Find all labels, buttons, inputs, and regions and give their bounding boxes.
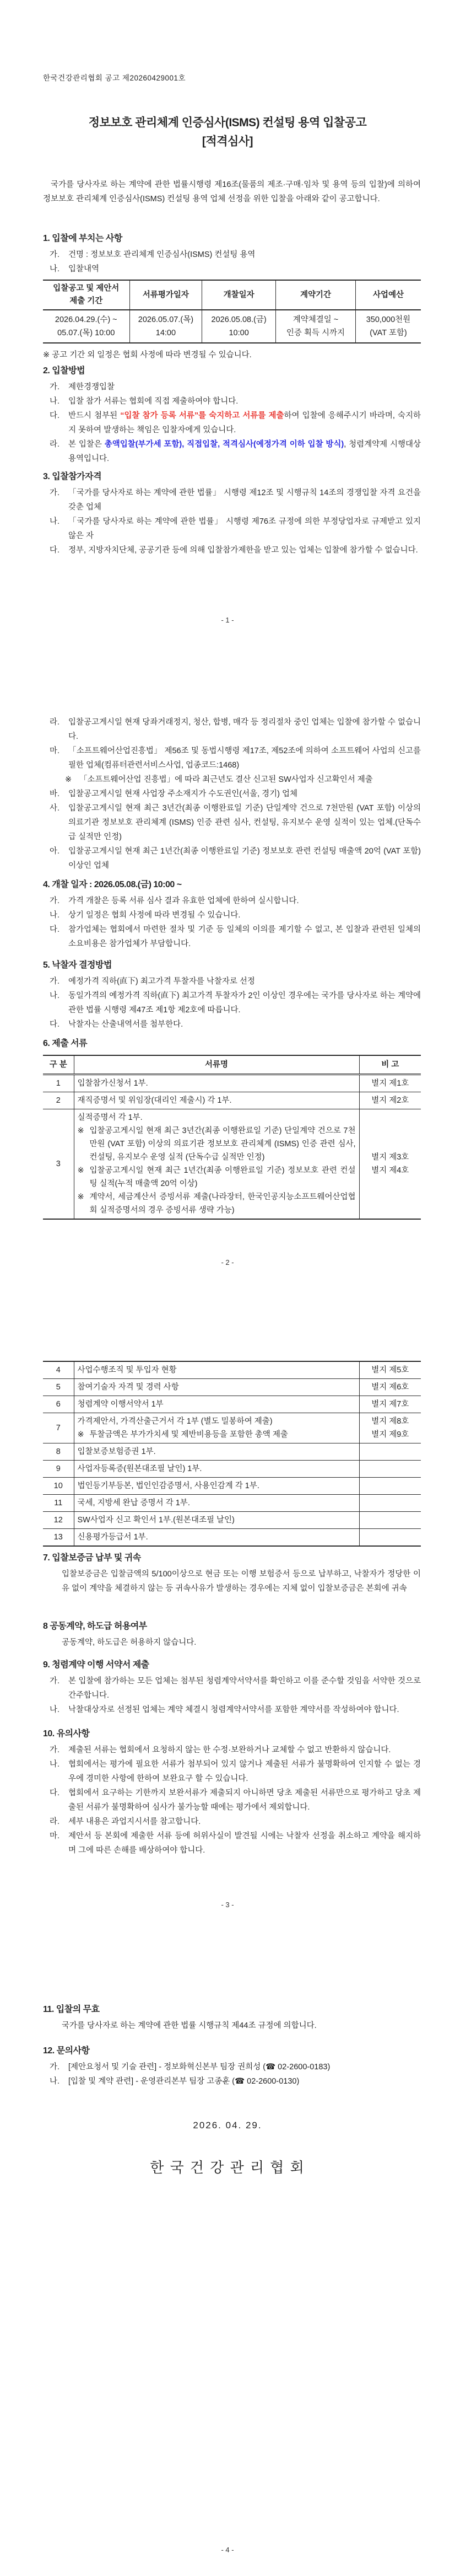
document-note-cell: 별지 제3호 별지 제4호 [359,1109,421,1220]
bid-schedule-data-row: 2026.04.29.(수) ~ 05.07.(목) 10:002026.05.… [43,310,421,343]
submission-rows-page2: 1 입찰참가신청서 1부. 별지 제1호 2 재직증명서 및 위임장(대리인 제… [43,1075,421,1220]
list-item: 마. 제안서 등 본회에 제출한 서류 등에 허위사실이 발견될 시에는 낙찰자… [50,1829,421,1858]
list-item-text: 반드시 첨부된 “입찰 참가 등록 서류”를 숙지하고 서류를 제출하여 입찰에… [68,409,421,437]
document-sub-note: ※ 계약서, 세금계산서 증빙서류 제출(나라장터, 한국인공지능소프트웨어산업… [78,1190,356,1217]
document-name-cell: 참여기술자 자격 및 경력 사항 [74,1379,359,1396]
list-item-label: 가. [50,380,68,394]
list-item: 나. 동일가격의 예정가격 직하(直下) 최고가격 투찰자가 2인 이상인 경우… [50,989,421,1017]
list-item-text: 예정가격 직하(直下) 최고가격 투찰자를 낙찰자로 선정 [68,974,421,989]
document-name: 사업자등록증(원본대조필 날인) 1부. [78,1462,356,1475]
table-row: 7 가격제안서, 가격산출근거서 각 1부 (별도 밀봉하여 제출) ※ 투찰금… [43,1413,421,1443]
list-item: 가. 본 입찰에 참가하는 모든 업체는 첨부된 청렴계약서약서를 확인하고 이… [50,1674,421,1703]
list-item-label: 나. [50,989,68,1017]
section-5-items: 가. 예정가격 직하(直下) 최고가격 투찰자를 낙찰자로 선정 나. 동일가격… [50,974,421,1032]
notice-number: 한국건강관리협회 공고 제20260429001호 [43,72,421,83]
list-item-label: 가. [50,974,68,989]
document-name-cell: SW사업자 신고 확인서 1부.(원본대조필 날인) [74,1512,359,1529]
document-row-number: 11 [43,1495,74,1512]
document-name: 재직증명서 및 위임장(대리인 제출시) 각 1부. [78,1094,356,1107]
section-10-heading: 10. 유의사항 [43,1727,421,1741]
document-name-cell: 재직증명서 및 위임장(대리인 제출시) 각 1부. [74,1092,359,1109]
page-number-1: - 1 - [0,614,455,627]
document-name: 사업수행조직 및 투입자 현황 [78,1364,356,1377]
list-item-label: 라. [50,437,68,466]
document-sub-note-text: 투찰금액은 부가가치세 및 제반비용등을 포함한 총액 제출 [90,1428,356,1441]
document-sub-note-text: 입찰공고게시일 현재 최근 1년간(최종 이행완료일 기준) 정보보호 관련 컨… [90,1164,356,1190]
list-item-label: 가. [50,248,68,262]
section-4-items: 가. 가격 개찰은 등록 서류 심사 결과 유효한 업체에 한하여 실시합니다.… [50,894,421,951]
document-note-cell [359,1478,421,1495]
list-item-text: 「소프트웨어산업진흥법」 제56조 및 동법시행령 제17조, 제52조에 의하… [68,744,421,772]
list-item-label: 가. [50,1743,68,1757]
document-note-cell: 별지 제2호 [359,1092,421,1109]
table-row: 5 참여기술자 자격 및 경력 사항 별지 제6호 [43,1379,421,1396]
list-item-label: 다. [50,1017,68,1032]
submission-header-name: 서류명 [74,1055,359,1075]
section-1: 1. 입찰에 부치는 사항 가. 건명 : 정보보호 관리체계 인증심사(ISM… [43,232,421,362]
list-item-text: 본 입찰에 참가하는 모든 업체는 첨부된 청렴계약서약서를 확인하고 이를 준… [68,1674,421,1703]
table-row: 8 입찰보증보험증권 1부. [43,1443,421,1461]
list-item-label: 다. [50,1786,68,1815]
document-name: 입찰참가신청서 1부. [78,1077,356,1090]
document-note-cell [359,1443,421,1461]
bid-schedule-cell: 계약체결일 ~ 인증 획득 시까지 [276,310,356,343]
document-note-cell [359,1461,421,1478]
section-7: 7. 입찰보증금 납부 및 귀속 입찰보증금은 입찰금액의 5/100이상으로 … [43,1551,421,1596]
document-sub-note-text: 입찰공고게시일 현재 최근 3년간(최종 이행완료일 기준) 단일계약 건으로 … [90,1124,356,1164]
submission-header-no: 구 분 [43,1055,74,1075]
submission-rows-page3: 4 사업수행조직 및 투입자 현황 별지 제5호 5 참여기술자 자격 및 경력… [43,1361,421,1546]
doc-title-line2: [적격심사] [0,132,455,151]
document-name-cell: 입찰참가신청서 1부. [74,1075,359,1092]
list-item-text: 협회에서는 평가에 필요한 서류가 첨부되어 있지 않거나 제출된 서류가 불명… [68,1757,421,1786]
list-item-label: 나. [50,908,68,922]
list-item: 가. 「국가를 당사자로 하는 계약에 관한 법률」 시행령 제12조 및 시행… [50,486,421,514]
list-item-text: [입찰 및 계약 관련] - 운영관리본부 팀장 고종훈 (☎ 02-2600-… [68,2074,421,2089]
list-item: 가. 건명 : 정보보호 관리체계 인증심사(ISMS) 컨설팅 용역 [50,248,421,262]
bid-schedule-header-row: 입찰공고 및 제안서 제출 기간서류평가일자개찰일자계약기간사업예산 [43,280,421,310]
bid-schedule-header-cell: 입찰공고 및 제안서 제출 기간 [43,280,129,310]
list-item: 라. 본 입찰은 총액입찰(부가세 포함), 직접입찰, 적격심사(예정가격 이… [50,437,421,466]
section-4: 4. 개찰 일자 : 2026.05.08.(금) 10:00 ~ 가. 가격 … [43,878,421,951]
list-item: 아. 입찰공고게시일 현재 최근 1년간(최종 이행완료일 기준) 정보보호 관… [50,844,421,873]
list-item-label: 나. [50,514,68,543]
doc-title: 정보보호 관리체계 인증심사(ISMS) 컨설팅 용역 입찰공고 [적격심사] [0,114,455,151]
document-name: 법인등기부등본, 법인인감증명서, 사용인감계 각 1부. [78,1479,356,1493]
section-7-body: 입찰보증금은 입찰금액의 5/100이상으로 현금 또는 이행 보험증서 등으로… [62,1567,421,1596]
document-name: 입찰보증보험증권 1부. [78,1445,356,1458]
section-6: 6. 제출 서류 구 분 서류명 비 고 1 입찰참가신청서 1부. [43,1037,421,1220]
section-10: 10. 유의사항 가. 제출된 서류는 협회에서 요청하지 않는 한 수정·보완… [43,1727,421,1858]
document-row-number: 2 [43,1092,74,1109]
document-row-number: 4 [43,1361,74,1379]
list-item-text: 입찰공고게시일 현재 최근 1년간(최종 이행완료일 기준) 정보보호 관련 컨… [68,844,421,873]
document-name: 참여기술자 자격 및 경력 사항 [78,1381,356,1394]
list-item: 다. 낙찰자는 산출내역서를 첨부한다. [50,1017,421,1032]
section-3-items-page1: 가. 「국가를 당사자로 하는 계약에 관한 법률」 시행령 제12조 및 시행… [50,486,421,557]
list-item-label: 아. [50,844,68,873]
bid-schedule-header-cell: 계약기간 [276,280,356,310]
reference-mark: ※ [78,1164,90,1190]
document-note-cell: 별지 제1호 [359,1075,421,1092]
bid-schedule-cell: 350,000천원 (VAT 포함) [355,310,421,343]
section-8-body: 공동계약, 하도급은 허용하지 않습니다. [62,1635,421,1650]
table-row: 1 입찰참가신청서 1부. 별지 제1호 [43,1075,421,1092]
list-item: 다. 반드시 첨부된 “입찰 참가 등록 서류”를 숙지하고 서류를 제출하여 … [50,409,421,437]
list-item-text: 「국가를 당사자로 하는 계약에 관한 법률」 시행령 제12조 및 시행규칙 … [68,486,421,514]
list-item-label: 라. [50,715,68,744]
table-row: 13 신용평가등급서 1부. [43,1529,421,1547]
document-sub-notes: ※ 투찰금액은 부가가치세 및 제반비용등을 포함한 총액 제출 [78,1428,356,1441]
section-2-items: 가. 제한경쟁입찰 나. 입찰 참가 서류는 협회에 직접 제출하여야 합니다.… [50,380,421,466]
document-row-number: 6 [43,1396,74,1413]
list-item-text: 건명 : 정보보호 관리체계 인증심사(ISMS) 컨설팅 용역 [68,248,421,262]
bid-schedule-cell: 2026.04.29.(수) ~ 05.07.(목) 10:00 [43,310,129,343]
list-item-label: 다. [50,922,68,951]
list-item-text: [제안요청서 및 기술 관련] - 정보화혁신본부 팀장 권희성 (☎ 02-2… [68,2060,421,2074]
section-11-body: 국가를 당사자로 하는 계약에 관한 법률 시행규칙 제44조 규정에 의합니다… [62,2019,421,2033]
list-item: 사. 입찰공고게시일 현재 최근 3년간(최종 이행완료일 기준) 단일계약 건… [50,801,421,844]
document-row-number: 7 [43,1413,74,1443]
section-3-heading: 3. 입찰참가자격 [43,470,421,484]
section-1-heading: 1. 입찰에 부치는 사항 [43,232,421,245]
list-item-text: 동일가격의 예정가격 직하(直下) 최고가격 투찰자가 2인 이상인 경우에는 … [68,989,421,1017]
bid-notice-document: 한국건강관리협회 공고 제20260429001호 정보보호 관리체계 인증심사… [0,0,455,2576]
list-item: 라. 입찰공고게시일 현재 당좌거래정지, 청산, 합병, 매각 등 정리절차 … [50,715,421,744]
bid-schedule-header-cell: 개찰일자 [202,280,276,310]
document-note-cell [359,1512,421,1529]
section-5-heading: 5. 낙찰자 결정방법 [43,958,421,972]
submission-header-note: 비 고 [359,1055,421,1075]
list-item-label: 다. [50,543,68,557]
section-9-heading: 9. 청렴계약 이행 서약서 제출 [43,1658,421,1672]
section-3-part2: 라. 입찰공고게시일 현재 당좌거래정지, 청산, 합병, 매각 등 정리절차 … [43,715,421,873]
document-name: 신용평가등급서 1부. [78,1531,356,1544]
document-name-cell: 법인등기부등본, 법인인감증명서, 사용인감계 각 1부. [74,1478,359,1495]
reference-mark: ※ [78,1190,90,1217]
red-highlight-text: “입찰 참가 등록 서류”를 숙지하고 서류를 제출 [120,411,284,420]
section-3-part1: 3. 입찰참가자격 가. 「국가를 당사자로 하는 계약에 관한 법률」 시행령… [43,470,421,557]
list-item-label: 가. [50,894,68,908]
page-number-3: - 3 - [0,1898,455,1912]
document-name: 국세, 지방세 완납 증명서 각 1부. [78,1496,356,1510]
section-2: 2. 입찰방법 가. 제한경쟁입찰 나. 입찰 참가 서류는 협회에 직접 제출… [43,364,421,466]
list-item-text: 제한경쟁입찰 [68,380,421,394]
section-11-heading: 11. 입찰의 무효 [43,2003,421,2016]
organization-name: 한 국 건 강 관 리 협 회 [0,2157,455,2178]
document-name-cell: 청렴계약 이행서약서 1부 [74,1396,359,1413]
document-row-number: 12 [43,1512,74,1529]
document-sub-note: ※ 투찰금액은 부가가치세 및 제반비용등을 포함한 총액 제출 [78,1428,356,1441]
list-item-label: 가. [50,1674,68,1703]
table-row: 4 사업수행조직 및 투입자 현황 별지 제5호 [43,1361,421,1379]
list-item-text: 협회에서 요구하는 기한까지 보완서류가 제출되지 아니하면 당초 제출된 서류… [68,1786,421,1815]
list-item-label: 나. [50,1703,68,1717]
list-item-text: 낙찰대상자로 선정된 업체는 계약 체결시 청렴계약서약서를 포함한 계약서를 … [68,1703,421,1717]
list-item: 가. 예정가격 직하(直下) 최고가격 투찰자를 낙찰자로 선정 [50,974,421,989]
section-6-heading: 6. 제출 서류 [43,1037,421,1050]
text-segment: 본 입찰은 [68,440,105,449]
list-item: 다. 정부, 지방자치단체, 공공기관 등에 의해 입찰참가제한을 받고 있는 … [50,543,421,557]
list-item-label: 가. [50,486,68,514]
section-12: 12. 문의사항 가. [제안요청서 및 기술 관련] - 정보화혁신본부 팀장… [43,2044,421,2089]
text-segment: 반드시 첨부된 [68,411,120,420]
document-name-cell: 국세, 지방세 완납 증명서 각 1부. [74,1495,359,1512]
list-item-text: 본 입찰은 총액입찰(부가세 포함), 직접입찰, 적격심사(예정가격 이하 입… [68,437,421,466]
list-item: 다. 참가업체는 협회에서 마련한 절차 및 기준 등 일체의 이의를 제기할 … [50,922,421,951]
list-item: 나. 입찰 참가 서류는 협회에 직접 제출하여야 합니다. [50,394,421,409]
list-item: 나. 상기 일정은 협회 사정에 따라 변경될 수 있습니다. [50,908,421,922]
document-name: 청렴계약 이행서약서 1부 [78,1398,356,1411]
table-row: 10 법인등기부등본, 법인인감증명서, 사용인감계 각 1부. [43,1478,421,1495]
document-row-number: 13 [43,1529,74,1547]
section-10-items: 가. 제출된 서류는 협회에서 요청하지 않는 한 수정·보완하거나 교체할 수… [50,1743,421,1858]
list-item: 나. [입찰 및 계약 관련] - 운영관리본부 팀장 고종훈 (☎ 02-26… [50,2074,421,2089]
list-item-text: 「소프트웨어산업 진흥법」에 따라 최근년도 결산 신고된 SW사업자 신고확인… [79,772,421,787]
document-name: SW사업자 신고 확인서 1부.(원본대조필 날인) [78,1514,356,1527]
section-5: 5. 낙찰자 결정방법 가. 예정가격 직하(直下) 최고가격 투찰자를 낙찰자… [43,958,421,1032]
list-item-label: 마. [50,744,68,772]
list-item-text: 입찰내역 [68,262,421,276]
document-sub-note: ※ 입찰공고게시일 현재 최근 1년간(최종 이행완료일 기준) 정보보호 관련… [78,1164,356,1190]
list-item-label: 가. [50,2060,68,2074]
document-name: 실적증명서 각 1부. [78,1111,356,1124]
doc-title-line1: 정보보호 관리체계 인증심사(ISMS) 컨설팅 용역 입찰공고 [0,114,455,132]
document-row-number: 10 [43,1478,74,1495]
document-note-cell: 별지 제6호 [359,1379,421,1396]
list-item: 다. 협회에서 요구하는 기한까지 보완서류가 제출되지 아니하면 당초 제출된… [50,1786,421,1815]
table-row: 11 국세, 지방세 완납 증명서 각 1부. [43,1495,421,1512]
list-item-text: 제출된 서류는 협회에서 요청하지 않는 한 수정·보완하거나 교체할 수 없고… [68,1743,421,1757]
document-row-number: 8 [43,1443,74,1461]
intro-paragraph: 국가를 당사자로 하는 계약에 관한 법률시행령 제16조(물품의 제조·구매·… [43,178,421,206]
list-item-label: ※ [65,772,79,787]
document-note-cell: 별지 제7호 [359,1396,421,1413]
page-number-4: - 4 - [0,2543,455,2557]
list-item: 가. 가격 개찰은 등록 서류 심사 결과 유효한 업체에 한하여 실시합니다. [50,894,421,908]
list-item: 나. 협회에서는 평가에 필요한 서류가 첨부되어 있지 않거나 제출된 서류가… [50,1757,421,1786]
list-item-text: 정부, 지방자치단체, 공공기관 등에 의해 입찰참가제한을 받고 있는 업체는… [68,543,421,557]
list-item: 나. 「국가를 당사자로 하는 계약에 관한 법률」 시행령 제76조 규정에 … [50,514,421,543]
section-4-heading: 4. 개찰 일자 : 2026.05.08.(금) 10:00 ~ [43,878,421,892]
table-row: 9 사업자등록증(원본대조필 날인) 1부. [43,1461,421,1478]
announcement-date: 2026. 04. 29. [0,2118,455,2133]
document-name: 가격제안서, 가격산출근거서 각 1부 (별도 밀봉하여 제출) [78,1415,356,1428]
list-item: 바. 입찰공고게시일 현재 사업장 주소재지가 수도권인(서울, 경기) 업체 [50,787,421,801]
list-item-label: 나. [50,394,68,409]
document-name-cell: 실적증명서 각 1부. ※ 입찰공고게시일 현재 최근 3년간(최종 이행완료일… [74,1109,359,1220]
list-item: 가. 제한경쟁입찰 [50,380,421,394]
table-row: 3 실적증명서 각 1부. ※ 입찰공고게시일 현재 최근 3년간(최종 이행완… [43,1109,421,1220]
submission-documents-table: 구 분 서류명 비 고 1 입찰참가신청서 1부. 별지 제 [43,1055,421,1220]
section-8: 8 공동계약, 하도급 허용여부 공동계약, 하도급은 허용하지 않습니다. [43,1619,421,1650]
list-item-text: 입찰 참가 서류는 협회에 직접 제출하여야 합니다. [68,394,421,409]
section-7-heading: 7. 입찰보증금 납부 및 귀속 [43,1551,421,1565]
section-8-heading: 8 공동계약, 하도급 허용여부 [43,1619,421,1633]
list-item: ※ 「소프트웨어산업 진흥법」에 따라 최근년도 결산 신고된 SW사업자 신고… [65,772,421,787]
list-item-text: 입찰공고게시일 현재 사업장 주소재지가 수도권인(서울, 경기) 업체 [68,787,421,801]
document-note-cell [359,1495,421,1512]
document-name-cell: 입찰보증보험증권 1부. [74,1443,359,1461]
submission-table-header-row: 구 분 서류명 비 고 [43,1055,421,1075]
list-item-label: 나. [50,2074,68,2089]
blue-highlight-text: 총액입찰(부가세 포함), 직접입찰, 적격심사(예정가격 이하 입찰 방식) [105,440,344,449]
list-item-label: 다. [50,409,68,437]
section-2-heading: 2. 입찰방법 [43,364,421,378]
list-item-label: 바. [50,787,68,801]
submission-documents-table-continued: 4 사업수행조직 및 투입자 현황 별지 제5호 5 참여기술자 자격 및 경력… [43,1361,421,1547]
bid-schedule-cell: 2026.05.08.(금) 10:00 [202,310,276,343]
list-item: 마. 「소프트웨어산업진흥법」 제56조 및 동법시행령 제17조, 제52조에… [50,744,421,772]
section-9: 9. 청렴계약 이행 서약서 제출 가. 본 입찰에 참가하는 모든 업체는 첨… [43,1658,421,1717]
page-number-2: - 2 - [0,1256,455,1269]
document-note-cell: 별지 제5호 [359,1361,421,1379]
section-12-heading: 12. 문의사항 [43,2044,421,2058]
list-item-text: 세부 내용은 과업지시서를 참고합니다. [68,1815,421,1829]
list-item: 가. [제안요청서 및 기술 관련] - 정보화혁신본부 팀장 권희성 (☎ 0… [50,2060,421,2074]
document-sub-notes: ※ 입찰공고게시일 현재 최근 3년간(최종 이행완료일 기준) 단일계약 건으… [78,1124,356,1217]
list-item-text: 가격 개찰은 등록 서류 심사 결과 유효한 업체에 한하여 실시합니다. [68,894,421,908]
list-item-text: 입찰공고게시일 현재 최근 3년간(최종 이행완료일 기준) 단일계약 건으로 … [68,801,421,844]
list-item-label: 나. [50,262,68,276]
document-note-cell [359,1529,421,1547]
section-1-items: 가. 건명 : 정보보호 관리체계 인증심사(ISMS) 컨설팅 용역 나. 입… [50,248,421,276]
list-item: 라. 세부 내용은 과업지시서를 참고합니다. [50,1815,421,1829]
document-name-cell: 신용평가등급서 1부. [74,1529,359,1547]
reference-mark: ※ [78,1124,90,1164]
document-sub-note-text: 계약서, 세금계산서 증빙서류 제출(나라장터, 한국인공지능소프트웨어산업협회… [90,1190,356,1217]
table-row: 12 SW사업자 신고 확인서 1부.(원본대조필 날인) [43,1512,421,1529]
section-3-items-page2: 라. 입찰공고게시일 현재 당좌거래정지, 청산, 합병, 매각 등 정리절차 … [50,715,421,873]
document-sub-note: ※ 입찰공고게시일 현재 최근 3년간(최종 이행완료일 기준) 단일계약 건으… [78,1124,356,1164]
list-item: 나. 입찰내역 [50,262,421,276]
list-item-text: 낙찰자는 산출내역서를 첨부한다. [68,1017,421,1032]
document-row-number: 3 [43,1109,74,1220]
document-name-cell: 가격제안서, 가격산출근거서 각 1부 (별도 밀봉하여 제출) ※ 투찰금액은… [74,1413,359,1443]
list-item: 가. 제출된 서류는 협회에서 요청하지 않는 한 수정·보완하거나 교체할 수… [50,1743,421,1757]
list-item-label: 라. [50,1815,68,1829]
list-item-text: 입찰공고게시일 현재 당좌거래정지, 청산, 합병, 매각 등 정리절차 중인 … [68,715,421,744]
document-row-number: 5 [43,1379,74,1396]
bid-schedule-header-cell: 사업예산 [355,280,421,310]
document-row-number: 9 [43,1461,74,1478]
list-item-label: 마. [50,1829,68,1858]
section-6-continued: 4 사업수행조직 및 투입자 현황 별지 제5호 5 참여기술자 자격 및 경력… [43,1361,421,1547]
list-item-text: 「국가를 당사자로 하는 계약에 관한 법률」 시행령 제76조 규정에 의한 … [68,514,421,543]
table-row: 6 청렴계약 이행서약서 1부 별지 제7호 [43,1396,421,1413]
list-item-text: 상기 일정은 협회 사정에 따라 변경될 수 있습니다. [68,908,421,922]
list-item-text: 참가업체는 협회에서 마련한 절차 및 기준 등 일체의 이의를 제기할 수 없… [68,922,421,951]
document-note-cell: 별지 제8호 별지 제9호 [359,1413,421,1443]
schedule-change-note: ※ 공고 기간 외 일정은 협회 사정에 따라 변경될 수 있습니다. [43,348,421,362]
list-item: 나. 낙찰대상자로 선정된 업체는 계약 체결시 청렴계약서약서를 포함한 계약… [50,1703,421,1717]
section-12-items: 가. [제안요청서 및 기술 관련] - 정보화혁신본부 팀장 권희성 (☎ 0… [50,2060,421,2089]
list-item-text: 제안서 등 본회에 제출한 서류 등에 허위사실이 발견될 시에는 낙찰자 선정… [68,1829,421,1858]
list-item-label: 나. [50,1757,68,1786]
list-item-label: 사. [50,801,68,844]
document-row-number: 1 [43,1075,74,1092]
section-9-items: 가. 본 입찰에 참가하는 모든 업체는 첨부된 청렴계약서약서를 확인하고 이… [50,1674,421,1717]
bid-schedule-cell: 2026.05.07.(목) 14:00 [129,310,202,343]
document-name-cell: 사업수행조직 및 투입자 현황 [74,1361,359,1379]
reference-mark: ※ [78,1428,90,1441]
bid-schedule-header-cell: 서류평가일자 [129,280,202,310]
table-row: 2 재직증명서 및 위임장(대리인 제출시) 각 1부. 별지 제2호 [43,1092,421,1109]
document-name-cell: 사업자등록증(원본대조필 날인) 1부. [74,1461,359,1478]
section-11: 11. 입찰의 무효 국가를 당사자로 하는 계약에 관한 법률 시행규칙 제4… [43,2003,421,2033]
bid-schedule-table: 입찰공고 및 제안서 제출 기간서류평가일자개찰일자계약기간사업예산 2026.… [43,280,421,344]
